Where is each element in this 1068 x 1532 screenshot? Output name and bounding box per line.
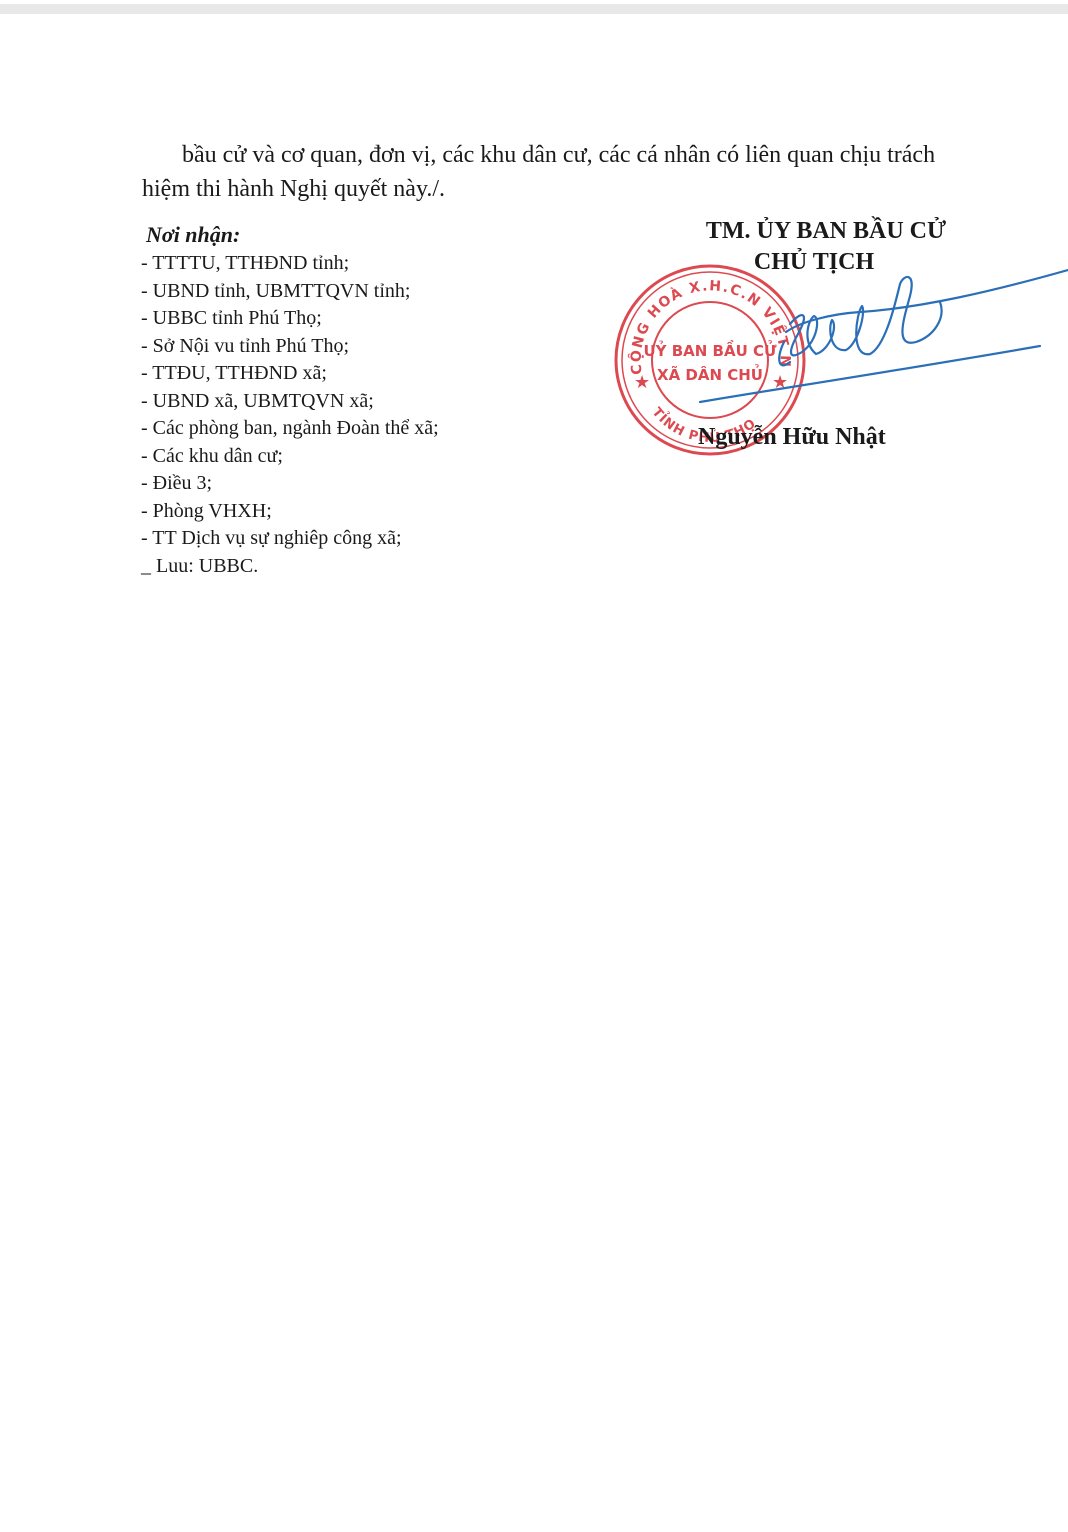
- recipient-item: - Phòng VHXH;: [141, 498, 561, 526]
- signing-organization: TM. ỦY BAN BẦU CỬ: [612, 216, 1040, 247]
- top-scroll-bar: [0, 4, 1068, 14]
- recipients-list: - TTTTU, TTHĐND tỉnh; - UBND tỉnh, UBMTT…: [141, 250, 561, 580]
- stamp-star-left-icon: ★: [634, 372, 650, 393]
- handwritten-signature-icon: [690, 262, 1068, 412]
- recipients-heading: Nơi nhận:: [146, 220, 561, 250]
- recipient-item: - Các phòng ban, ngành Đoàn thể xã;: [141, 415, 561, 443]
- recipient-item: - UBBC tỉnh Phú Thọ;: [141, 305, 561, 333]
- recipient-item: - UBND tỉnh, UBMTTQVN tỉnh;: [141, 278, 561, 306]
- recipients-block: Nơi nhận: - TTTTU, TTHĐND tỉnh; - UBND t…: [141, 220, 561, 580]
- recipient-item: - Sở Nội vu tỉnh Phú Thọ;: [141, 333, 561, 361]
- recipient-item: - TT Dịch vụ sự nghiêp công xã;: [141, 525, 561, 553]
- body-line-1: bầu cử và cơ quan, đơn vị, các khu dân c…: [142, 138, 1002, 172]
- body-paragraph: bầu cử và cơ quan, đơn vị, các khu dân c…: [142, 138, 1002, 206]
- recipient-item: - TTĐU, TTHĐND xã;: [141, 360, 561, 388]
- recipient-item: - UBND xã, UBMTQVN xã;: [141, 388, 561, 416]
- recipient-item: - Các khu dân cư;: [141, 443, 561, 471]
- signer-name: Nguyễn Hữu Nhật: [698, 424, 886, 451]
- body-line-2: hiệm thi hành Nghị quyết này./.: [142, 172, 1002, 206]
- recipient-item: - TTTTU, TTHĐND tỉnh;: [141, 250, 561, 278]
- recipient-item: _ Luu: UBBC.: [141, 553, 561, 581]
- recipient-item: - Điều 3;: [141, 470, 561, 498]
